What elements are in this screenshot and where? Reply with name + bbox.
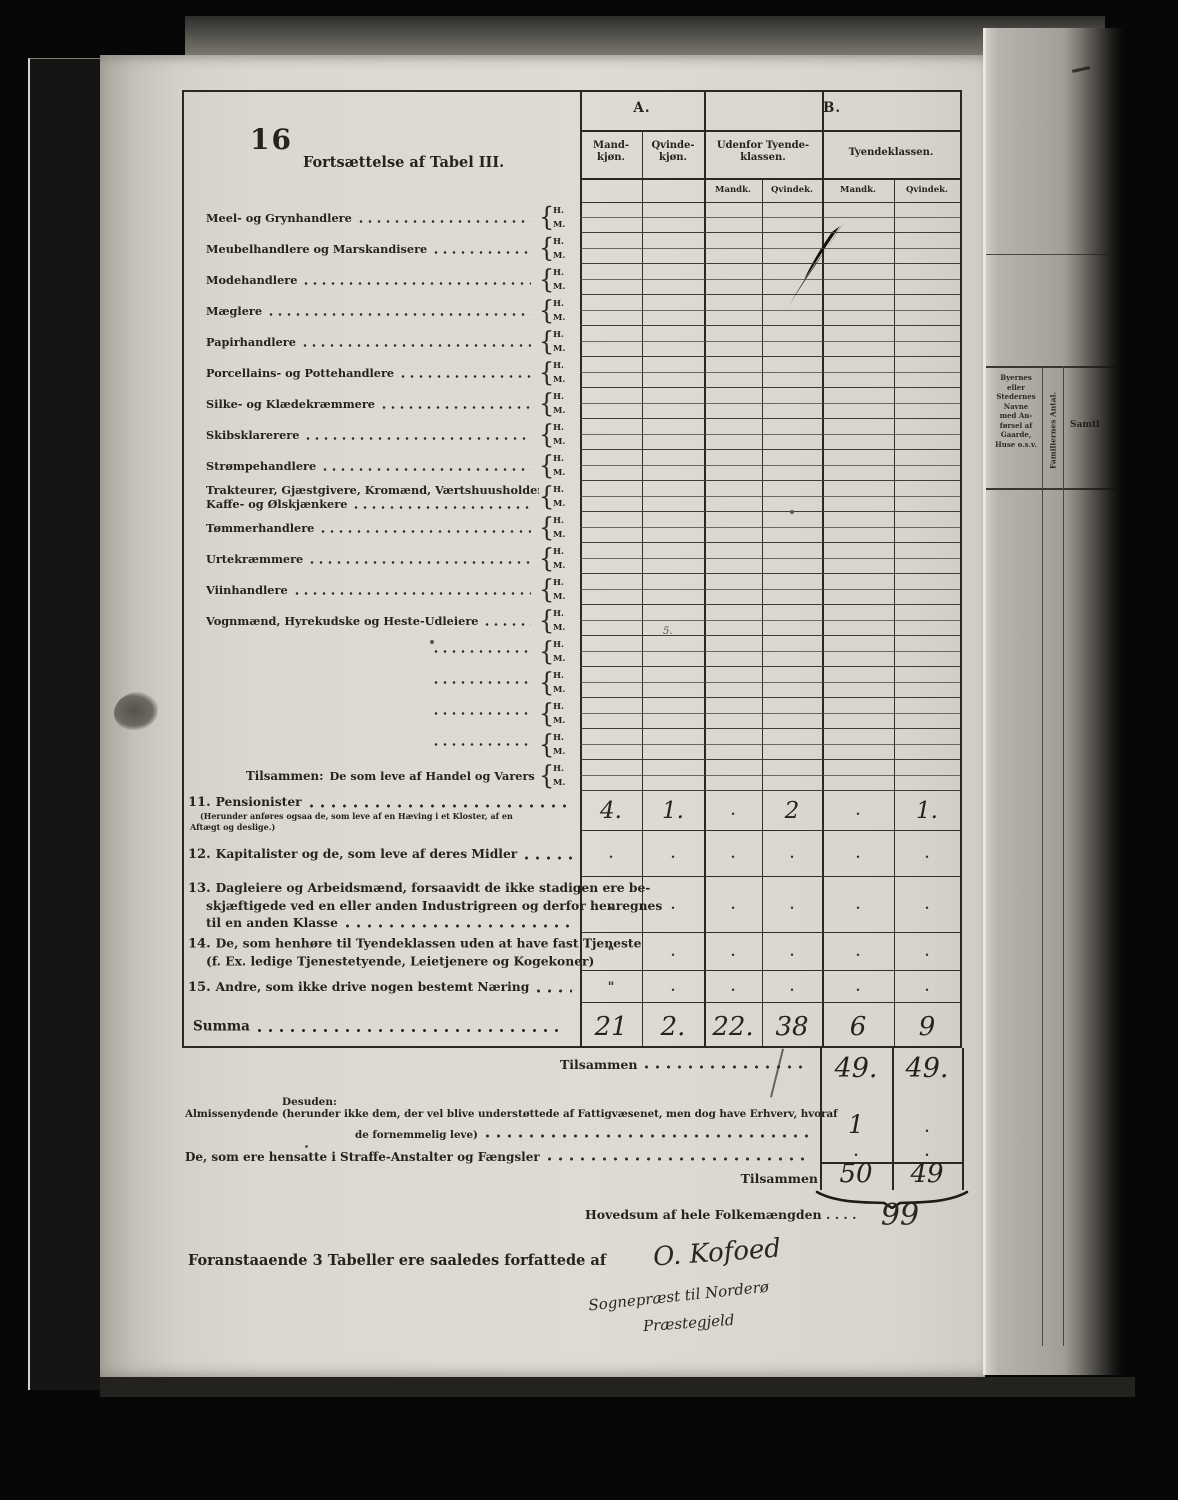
column-header-tyendeklassen: Tyendeklassen. xyxy=(822,147,960,159)
value-cell: . xyxy=(822,831,894,877)
h-m-sublabels: H. M. xyxy=(552,202,580,233)
curly-brace: { xyxy=(539,324,552,358)
category-row: Summa 21 2. 22. 38 6 9 xyxy=(184,1003,960,1050)
next-page-rule xyxy=(986,366,1116,368)
totals-box-line xyxy=(962,1048,964,1190)
category-label: Pensionister xyxy=(216,793,302,810)
column-header-mandkjoen: Mand-kjøn. xyxy=(580,140,642,164)
value-cell: 1. xyxy=(642,791,704,831)
signature: O. Kofoed xyxy=(652,1234,782,1273)
occupation-row: Tømmerhandlere { H. M. xyxy=(184,512,960,543)
occupation-row: Viinhandlere { H. M. xyxy=(184,574,960,605)
subcolumn-mandk-2: Mandk. xyxy=(822,185,894,195)
value-cell: . xyxy=(762,933,822,971)
dotted-leader xyxy=(401,374,531,379)
occupation-row: Papirhandlere { H. M. xyxy=(184,326,960,357)
value-cell: 4. xyxy=(580,791,642,831)
next-page-column-line xyxy=(1063,366,1064,1346)
curly-brace: { xyxy=(539,665,552,699)
category-row: 14. De, som henhøre til Tyendeklassen ud… xyxy=(184,933,960,971)
occupation-label: Trakteurer, Gjæstgivere, Kromænd, Værtsh… xyxy=(206,483,539,497)
value-cell: . xyxy=(762,971,822,1003)
dotted-leader xyxy=(434,711,531,716)
next-page-col3-header: Samtl xyxy=(1070,420,1099,430)
h-m-sublabels: H. M. xyxy=(552,388,580,419)
total-value: 49. xyxy=(820,1053,892,1084)
dotted-leader xyxy=(524,855,572,861)
value-cell: . xyxy=(642,933,704,971)
curly-brace: { xyxy=(539,293,552,327)
speck xyxy=(430,640,434,644)
column-group-a: A. xyxy=(580,100,704,116)
category-rows: 11. Pensionister (Herunder anføres ogsaa… xyxy=(184,791,960,1050)
value-cell: " xyxy=(580,971,642,1003)
value-cell: 2. xyxy=(642,1003,704,1050)
occupation-label: Meubelhandlere og Marskandisere xyxy=(206,242,427,256)
value-cell: . xyxy=(894,933,960,971)
value-cell: . xyxy=(762,831,822,877)
almisse-line1: Almissenydende (herunder ikke dem, der v… xyxy=(185,1108,838,1120)
occupation-row: Strømpehandlere { H. M. xyxy=(184,450,960,481)
h-m-sublabels: H. M. xyxy=(552,264,580,295)
value-cell: . xyxy=(894,971,960,1003)
h-m-sublabels: H. M. xyxy=(552,698,580,729)
occupation-label: Porcellains- og Pottehandlere xyxy=(206,366,394,380)
curly-brace: { xyxy=(539,634,552,668)
almisse-value: 1 xyxy=(820,1110,892,1139)
occupation-row: { H. M. xyxy=(184,636,960,667)
dotted-leader xyxy=(269,312,531,317)
occupation-label: Silke- og Klædekræmmere xyxy=(206,397,375,411)
occupation-row: Tilsammen: De som leve af Handel og Vare… xyxy=(184,760,960,791)
curly-brace: { xyxy=(539,262,552,296)
underlying-page-edge xyxy=(28,58,102,1390)
total-value: 50 xyxy=(820,1159,892,1189)
category-row: 11. Pensionister (Herunder anføres ogsaa… xyxy=(184,791,960,831)
dotted-leader xyxy=(536,988,572,994)
value-cell: . xyxy=(580,877,642,933)
straffe-value: . xyxy=(820,1145,892,1160)
value-cell: 21 xyxy=(580,1003,642,1050)
curly-brace: { xyxy=(539,200,552,234)
row-prefix: Tilsammen: xyxy=(246,769,323,783)
occupation-label: Mæglere xyxy=(206,304,262,318)
h-m-sublabels: H. M. xyxy=(552,605,580,636)
occupation-label: Modehandlere xyxy=(206,273,297,287)
value-cell: . xyxy=(704,791,762,831)
dotted-leader xyxy=(306,436,531,441)
occupation-label: Tømmerhandlere xyxy=(206,521,314,535)
category-label: De, som henhøre til Tyendeklassen uden a… xyxy=(216,935,642,952)
h-m-sublabels: H. M. xyxy=(552,574,580,605)
h-m-sublabels: H. M. xyxy=(552,419,580,450)
tilsammen-row-1: Tilsammen xyxy=(560,1057,818,1072)
value-cell: 2 xyxy=(762,791,822,831)
occupation-label: Urtekræmmere xyxy=(206,552,303,566)
value-cell: . xyxy=(642,877,704,933)
straffe-value: . xyxy=(892,1145,962,1160)
value-cell: " xyxy=(580,933,642,971)
curly-brace: { xyxy=(539,696,552,730)
occupation-row: Skibsklarerere { H. M. xyxy=(184,419,960,450)
occupation-row: Trakteurer, Gjæstgivere, Kromænd, Værtsh… xyxy=(184,481,960,512)
speck xyxy=(790,510,794,514)
curly-brace: { xyxy=(539,479,552,513)
dotted-leader xyxy=(323,467,531,472)
header-rule xyxy=(580,130,960,132)
h-m-sublabels: H. M. xyxy=(552,636,580,667)
category-row: 13. Dagleiere og Arbeidsmænd, forsaavidt… xyxy=(184,877,960,933)
tilsammen-row-2-label: Tilsammen xyxy=(700,1171,818,1186)
h-m-sublabels: H. M. xyxy=(552,326,580,357)
h-m-sublabels: H. M. xyxy=(552,729,580,760)
dotted-leader xyxy=(434,680,531,685)
curly-brace: { xyxy=(539,758,552,792)
column-header-udenfor-tyendeklassen: Udenfor Tyende-klassen. xyxy=(704,140,822,164)
occupation-row: { H. M. xyxy=(184,729,960,760)
page-bottom-edge xyxy=(100,1377,1135,1397)
header-rule xyxy=(580,178,960,180)
value-cell: . xyxy=(704,831,762,877)
microfilm-scan: 16 Fortsættelse af Tabel III. A. B. Mand… xyxy=(0,0,1178,1500)
curly-brace: { xyxy=(539,510,552,544)
value-cell: . xyxy=(762,877,822,933)
next-page-col1-header: Byerneseller StedernesNavne med An-førse… xyxy=(988,373,1044,449)
value-cell: . xyxy=(822,791,894,831)
row-number: 13. xyxy=(188,880,211,897)
category-label: Summa xyxy=(193,1018,250,1035)
almisse-value: . xyxy=(892,1121,962,1136)
curly-brace: { xyxy=(539,386,552,420)
dotted-leader xyxy=(310,560,531,565)
dotted-leader xyxy=(321,529,531,534)
occupation-row: Vognmænd, Hyrekudske og Heste-Udleiere {… xyxy=(184,605,960,636)
desuden-label: Desuden: xyxy=(282,1096,337,1108)
h-m-sublabels: H. M. xyxy=(552,450,580,481)
census-table: A. B. Mand-kjøn. Qvinde-kjøn. Udenfor Ty… xyxy=(182,90,962,1048)
signature-title-line2: Præstegjeld xyxy=(642,1311,735,1335)
total-value: 49 xyxy=(892,1159,962,1189)
occupation-label: Viinhandlere xyxy=(206,583,288,597)
h-m-sublabels: H. M. xyxy=(552,543,580,574)
occupation-label-line2: Kaffe- og Ølskjænkere xyxy=(206,497,347,511)
next-page-col2-header: Familiernes Antal. xyxy=(1043,374,1063,486)
h-m-sublabels: H. M. xyxy=(552,667,580,698)
occupation-row: Porcellains- og Pottehandlere { H. M. xyxy=(184,357,960,388)
ink-mark xyxy=(1072,66,1090,73)
dotted-leader xyxy=(354,505,531,510)
h-m-sublabels: H. M. xyxy=(552,295,580,326)
h-m-sublabels: H. M. xyxy=(552,357,580,388)
h-m-sublabels: H. M. xyxy=(552,481,580,512)
straffe-row: De, som ere hensatte i Straffe-Anstalter… xyxy=(185,1150,818,1164)
speck xyxy=(305,1145,308,1148)
subcolumn-qvindek-1: Qvindek. xyxy=(762,185,822,195)
value-cell: 1. xyxy=(894,791,960,831)
curly-brace: { xyxy=(539,448,552,482)
row-number: 15. xyxy=(188,979,211,996)
almisse-line2: de fornemmelig leve) xyxy=(355,1129,818,1141)
dotted-leader xyxy=(309,803,572,809)
dotted-leader xyxy=(434,250,531,255)
occupation-label: Vognmænd, Hyrekudske og Heste-Udleiere xyxy=(206,614,478,628)
curly-brace: { xyxy=(539,355,552,389)
category-row: 12. Kapitalister og de, som leve af dere… xyxy=(184,831,960,877)
curly-brace: { xyxy=(539,572,552,606)
dotted-leader xyxy=(303,343,531,348)
occupation-label: Strømpehandlere xyxy=(206,459,316,473)
next-page-column-line xyxy=(1042,366,1043,1346)
value-cell: . xyxy=(642,831,704,877)
value-cell: . xyxy=(642,971,704,1003)
census-form-page: 16 Fortsættelse af Tabel III. A. B. Mand… xyxy=(100,55,985,1377)
occupation-row: Modehandlere { H. M. xyxy=(184,264,960,295)
occupation-label: Skibsklarerere xyxy=(206,428,299,442)
occupation-row: Silke- og Klædekræmmere { H. M. xyxy=(184,388,960,419)
row-number: 11. xyxy=(188,794,211,811)
value-cell: . xyxy=(894,877,960,933)
occupation-row: Urtekræmmere { H. M. xyxy=(184,543,960,574)
dotted-leader xyxy=(485,622,531,627)
signature-title-line: Sognepræst til Norderø xyxy=(588,1278,770,1315)
curly-brace: { xyxy=(539,603,552,637)
dotted-leader xyxy=(257,1027,564,1033)
value-cell: . xyxy=(822,877,894,933)
occupation-row: Meel- og Grynhandlere { H. M. xyxy=(184,202,960,233)
curly-brace: { xyxy=(539,231,552,265)
value-cell: 22. xyxy=(704,1003,762,1050)
category-note: (Herunder anføres ogsaa de, som leve af … xyxy=(188,811,580,822)
value-cell: . xyxy=(704,971,762,1003)
next-page-strip: Byerneseller StedernesNavne med An-førse… xyxy=(983,28,1136,1375)
h-m-sublabels: H. M. xyxy=(552,760,580,791)
dotted-leader xyxy=(295,591,531,596)
category-row: 15. Andre, som ikke drive nogen bestemt … xyxy=(184,971,960,1003)
curly-brace: { xyxy=(539,727,552,761)
dotted-leader xyxy=(304,281,531,286)
occupation-label: Papirhandlere xyxy=(206,335,296,349)
h-m-sublabels: H. M. xyxy=(552,512,580,543)
value-cell: 38 xyxy=(762,1003,822,1050)
occupation-row: Mæglere { H. M. xyxy=(184,295,960,326)
ink-slash xyxy=(770,1049,784,1098)
occupation-row: Meubelhandlere og Marskandisere { H. M. xyxy=(184,233,960,264)
next-page-rule xyxy=(986,254,1108,255)
next-page-rule xyxy=(986,488,1116,490)
subcolumn-qvindek-2: Qvindek. xyxy=(894,185,960,195)
value-cell: . xyxy=(704,877,762,933)
curly-brace: { xyxy=(539,541,552,575)
page-top-edge xyxy=(185,16,1105,58)
ink-blot xyxy=(114,692,158,730)
column-header-qvindekjoen: Qvinde-kjøn. xyxy=(642,140,704,164)
hovedsum-value: 99 xyxy=(868,1198,932,1233)
occupation-row: { H. M. xyxy=(184,667,960,698)
dotted-leader xyxy=(359,219,531,224)
category-label: Kapitalister og de, som leve af deres Mi… xyxy=(216,845,518,862)
dotted-leader xyxy=(434,742,531,747)
value-cell: . xyxy=(894,831,960,877)
value-cell: . xyxy=(580,831,642,877)
dotted-leader xyxy=(345,923,572,929)
film-shadow xyxy=(986,28,1136,1375)
dotted-leader xyxy=(434,649,531,654)
column-group-b: B. xyxy=(704,100,960,116)
occupation-row: { H. M. xyxy=(184,698,960,729)
subcolumn-mandk-1: Mandk. xyxy=(704,185,762,195)
curly-brace: { xyxy=(539,417,552,451)
h-m-sublabels: H. M. xyxy=(552,233,580,264)
value-cell: 6 xyxy=(822,1003,894,1050)
category-label: Andre, som ikke drive nogen bestemt Næri… xyxy=(216,978,530,995)
value-cell: . xyxy=(822,933,894,971)
occupation-grid: Meel- og Grynhandlere { H. M. Meubelhand… xyxy=(184,202,960,791)
hovedsum-label: Hovedsum af hele Folkemængden . . . . xyxy=(585,1207,856,1222)
value-cell: 9 xyxy=(894,1003,960,1050)
value-cell: . xyxy=(704,933,762,971)
occupation-label: Meel- og Grynhandlere xyxy=(206,211,352,225)
row-number: 14. xyxy=(188,936,211,953)
attestation-line: Foranstaaende 3 Tabeller ere saaledes fo… xyxy=(188,1252,606,1269)
occupation-label: De som leve af Handel og Varers Omsætnin… xyxy=(329,769,539,783)
row-number: 12. xyxy=(188,846,211,863)
dotted-leader xyxy=(382,405,531,410)
total-value: 49. xyxy=(892,1053,962,1084)
value-cell: . xyxy=(822,971,894,1003)
